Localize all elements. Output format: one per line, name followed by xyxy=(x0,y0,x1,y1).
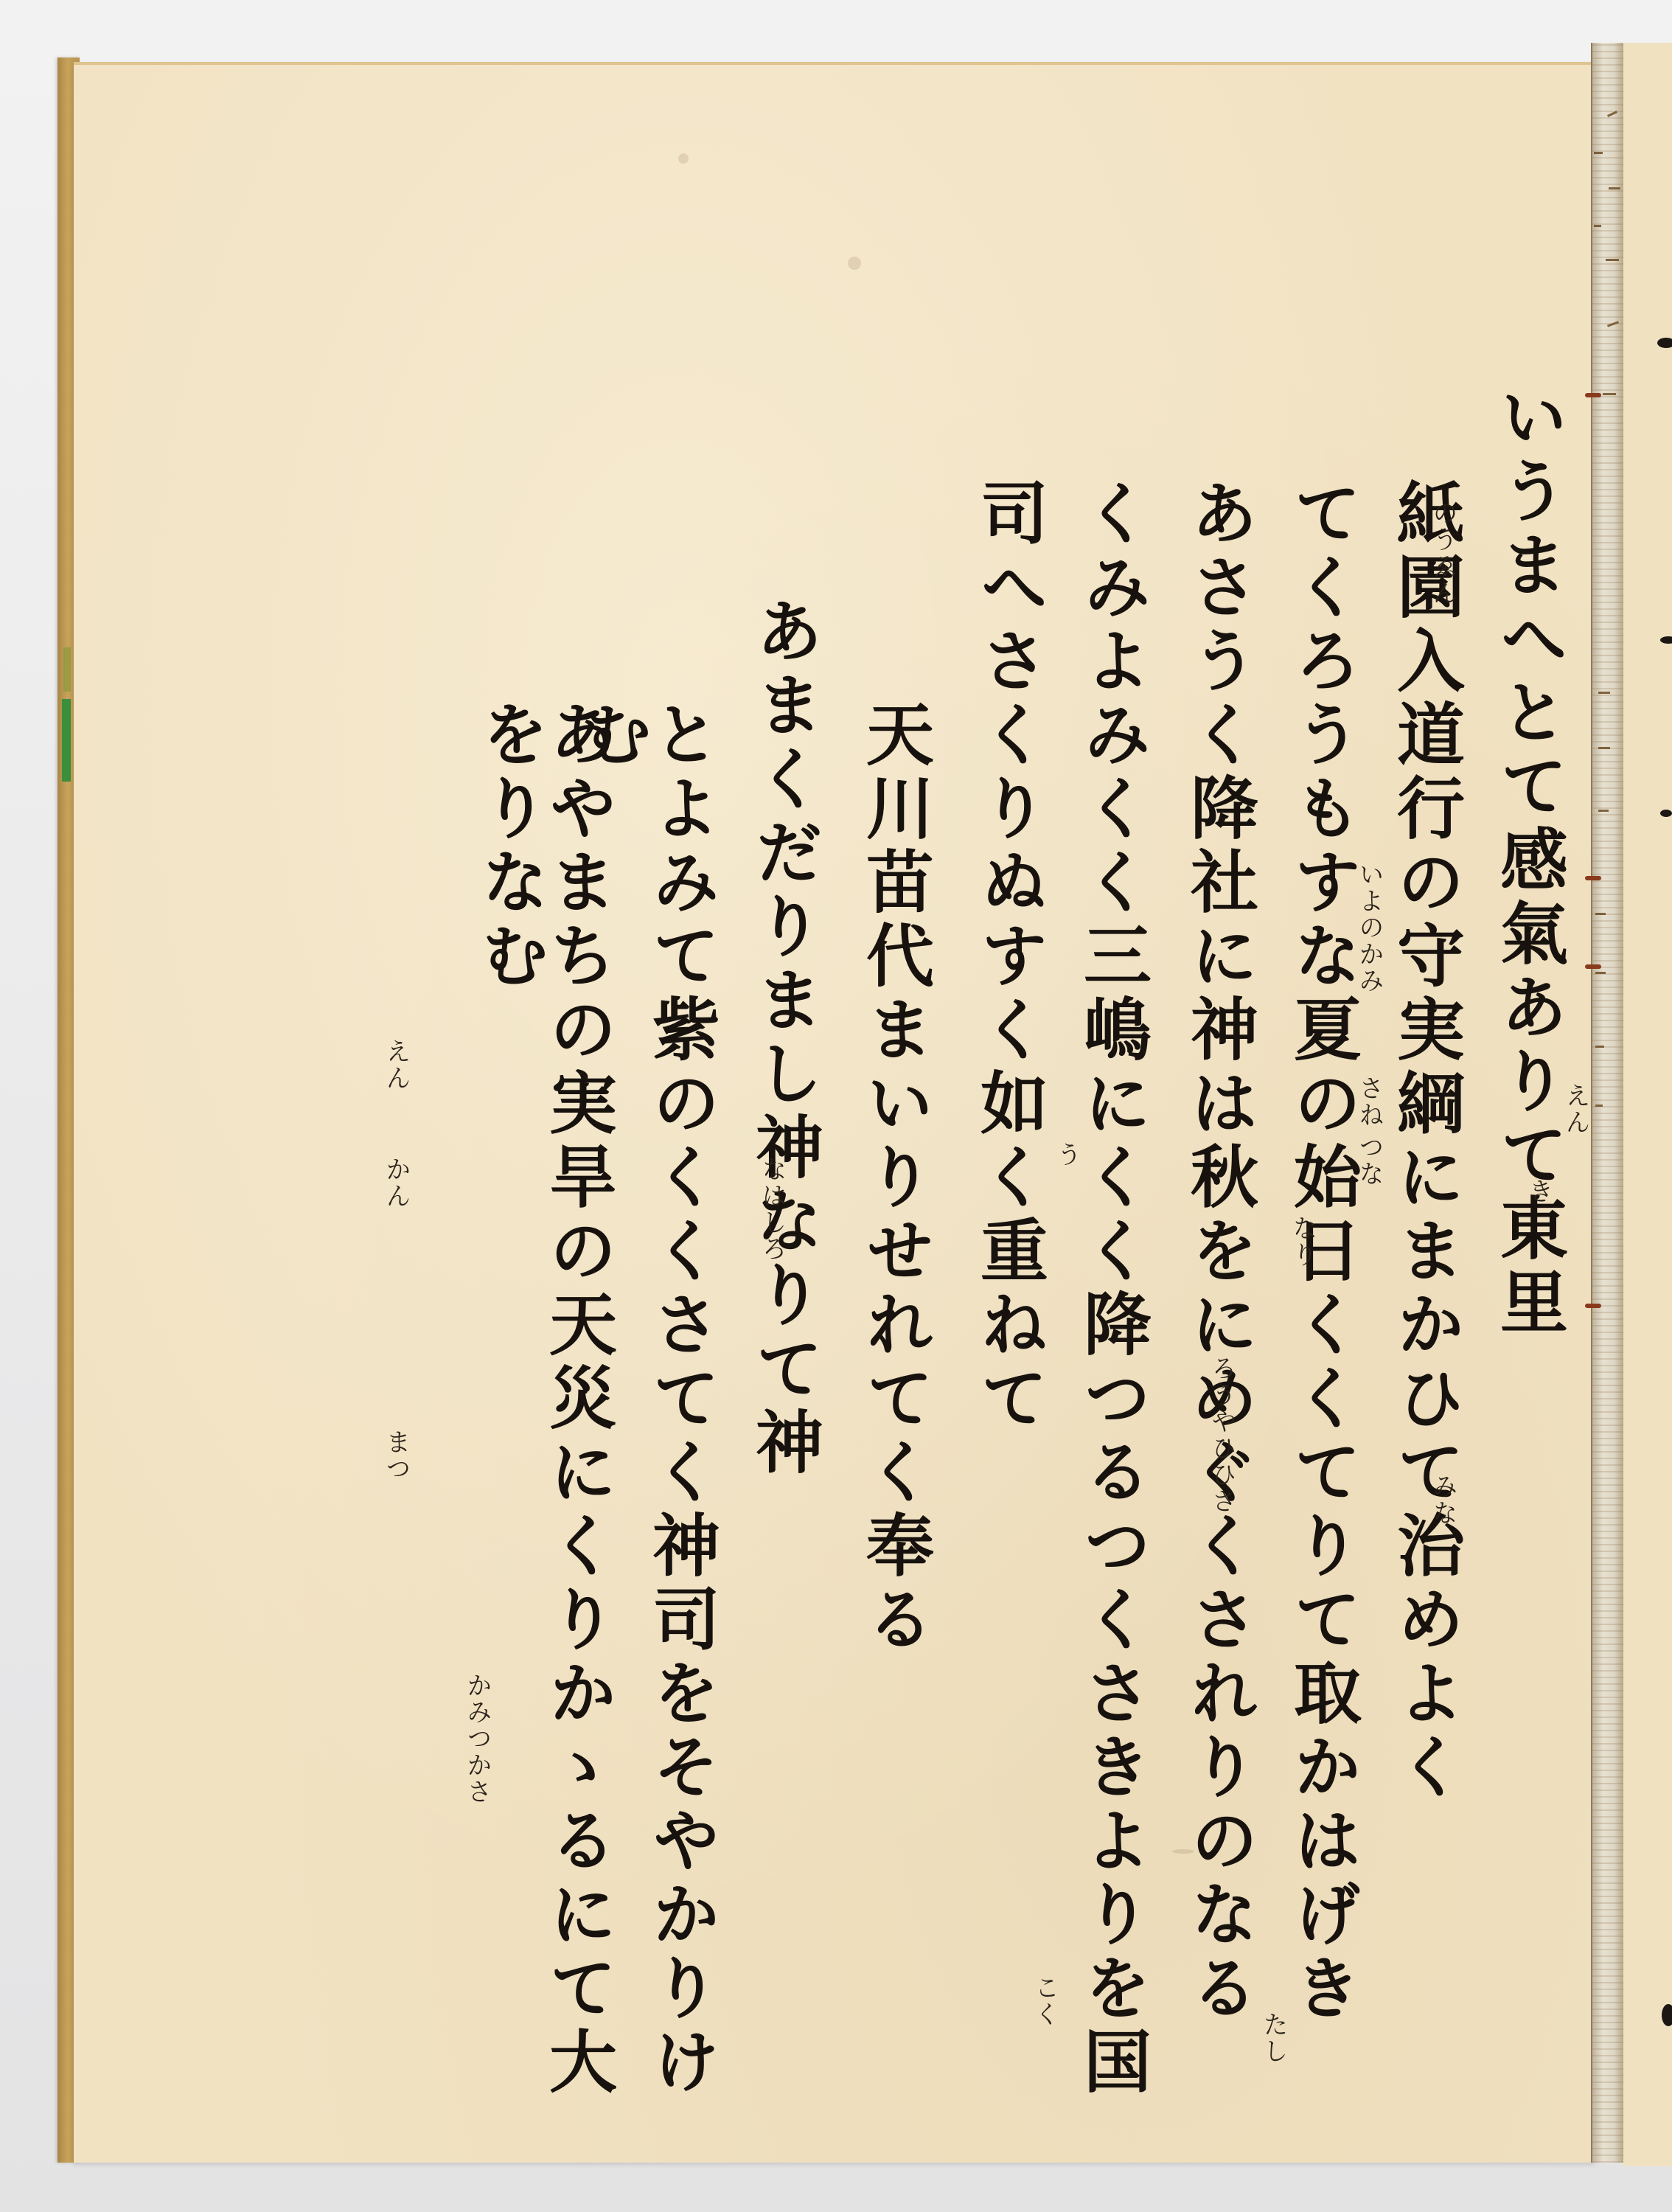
binding-thread-knot xyxy=(1585,964,1601,969)
binding-thread-knot xyxy=(1585,1304,1601,1308)
binding-stitch xyxy=(1598,747,1610,749)
paper-spot xyxy=(848,257,861,270)
furigana: のうゑん xyxy=(1430,500,1455,606)
binding-stitch xyxy=(1594,225,1601,227)
ink-mark xyxy=(1662,2004,1672,2026)
text-column-10: あやまちの実旱の天災にくりかゝるにて大をりなむ xyxy=(476,699,612,2166)
furigana: えん xyxy=(1563,1082,1588,1135)
binding-stitch xyxy=(1603,393,1616,395)
manuscript-page: いうまへとて感氣ありて東里 紙園入道行の守実綱にまかひて治めよく てくろうもすな… xyxy=(74,62,1595,2163)
text-column-4: あさうく降社に神は秋をにめぐくされりのなる xyxy=(1185,478,1253,2026)
paper-spot xyxy=(678,153,689,164)
furigana: なはしろ xyxy=(759,1156,784,1262)
furigana: いよのかみ xyxy=(1356,861,1382,994)
furigana: みな xyxy=(1430,1473,1455,1526)
cover-tab-olive xyxy=(63,647,71,692)
furigana: つな xyxy=(1356,1134,1382,1187)
next-page-edge xyxy=(1623,43,1672,2166)
text-column-8: あまくだりまし神なりて神 xyxy=(750,596,818,1481)
book-binding-fold xyxy=(1591,43,1625,2163)
ink-mark xyxy=(1660,636,1672,644)
ink-mark xyxy=(1660,810,1672,817)
furigana: かん xyxy=(383,1156,408,1209)
text-column-6: 司へさくりぬすく如く重ねて xyxy=(975,478,1043,1436)
text-block: いうまへとて感氣ありて東里 紙園入道行の守実綱にまかひて治めよく てくろうもすな… xyxy=(295,382,1563,2166)
furigana: き xyxy=(1526,1178,1551,1205)
binding-stitch xyxy=(1595,972,1606,974)
furigana: う xyxy=(1054,1141,1079,1168)
ink-mark xyxy=(1657,338,1672,348)
binding-stitch xyxy=(1595,1046,1604,1048)
furigana: なり xyxy=(1290,1215,1315,1268)
binding-stitch xyxy=(1606,259,1619,261)
text-column-7: 天川苗代まいりせれてく奉る xyxy=(861,699,929,1658)
binding-stitch xyxy=(1595,913,1606,915)
binding-stitch xyxy=(1595,1105,1603,1107)
text-column-5: くみよみくく三嶋にくく降つるつくさきよりを国 xyxy=(1079,478,1146,2100)
cover-tab-green xyxy=(62,699,71,782)
furigana: えん xyxy=(383,1038,408,1091)
binding-stitch xyxy=(1594,152,1603,154)
furigana: さね xyxy=(1356,1075,1382,1128)
binding-thread-knot xyxy=(1585,393,1601,397)
binding-stitch xyxy=(1609,187,1620,189)
binding-thread-knot xyxy=(1585,876,1601,880)
furigana: まつ xyxy=(383,1429,408,1482)
furigana: たし xyxy=(1261,2011,1286,2065)
text-column-2: 紙園入道行の守実綱にまかひて治めよく xyxy=(1392,478,1460,1805)
binding-stitch xyxy=(1607,111,1617,117)
furigana: こく xyxy=(1032,1975,1057,2028)
furigana: ろうやひひさ xyxy=(1209,1355,1234,1514)
binding-stitch xyxy=(1598,810,1609,812)
binding-stitch xyxy=(1598,692,1610,694)
furigana: かみつかさ xyxy=(464,1672,490,1805)
binding-stitch xyxy=(1607,321,1619,327)
